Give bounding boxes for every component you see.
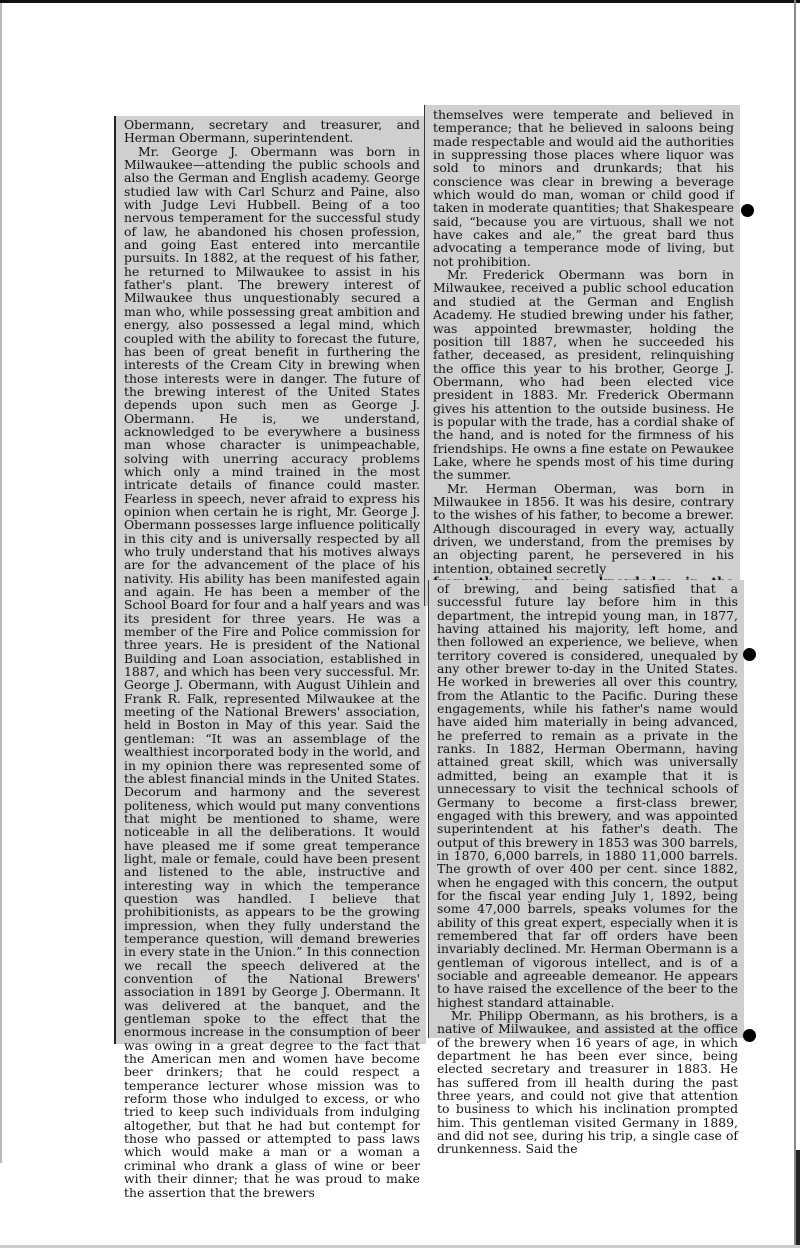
page-right-edge [794,0,796,1248]
punch-hole-top [741,204,754,217]
right-text-column-upper: themselves were temperate and believed i… [424,105,740,606]
paragraph-continuation: Obermann, secretary and treasurer, and H… [124,118,420,145]
paragraph-herman-obermann-start: Mr. Herman Oberman, was born in Milwauke… [433,482,734,575]
punch-hole-middle [743,648,756,661]
page-right-edge-shadow [796,1150,800,1248]
left-text-column: Obermann, secretary and treasurer, and H… [114,116,426,1044]
page-top-edge [0,0,800,3]
paragraph-george-obermann: Mr. George J. Obermann was born in Milwa… [124,145,420,1199]
paragraph-philipp-obermann: Mr. Philipp Obermann, as his brothers, i… [437,1009,738,1156]
paragraph-herman-obermann-continued: of brewing, and being satisfied that a s… [437,582,738,1009]
paragraph-temperance-continuation: themselves were temperate and believed i… [433,108,734,268]
page-left-edge [0,3,2,1163]
right-text-column-lower: of brewing, and being satisfied that a s… [428,580,744,1038]
punch-hole-bottom [743,1029,756,1042]
paragraph-frederick-obermann: Mr. Frederick Obermann was born in Milwa… [433,268,734,482]
